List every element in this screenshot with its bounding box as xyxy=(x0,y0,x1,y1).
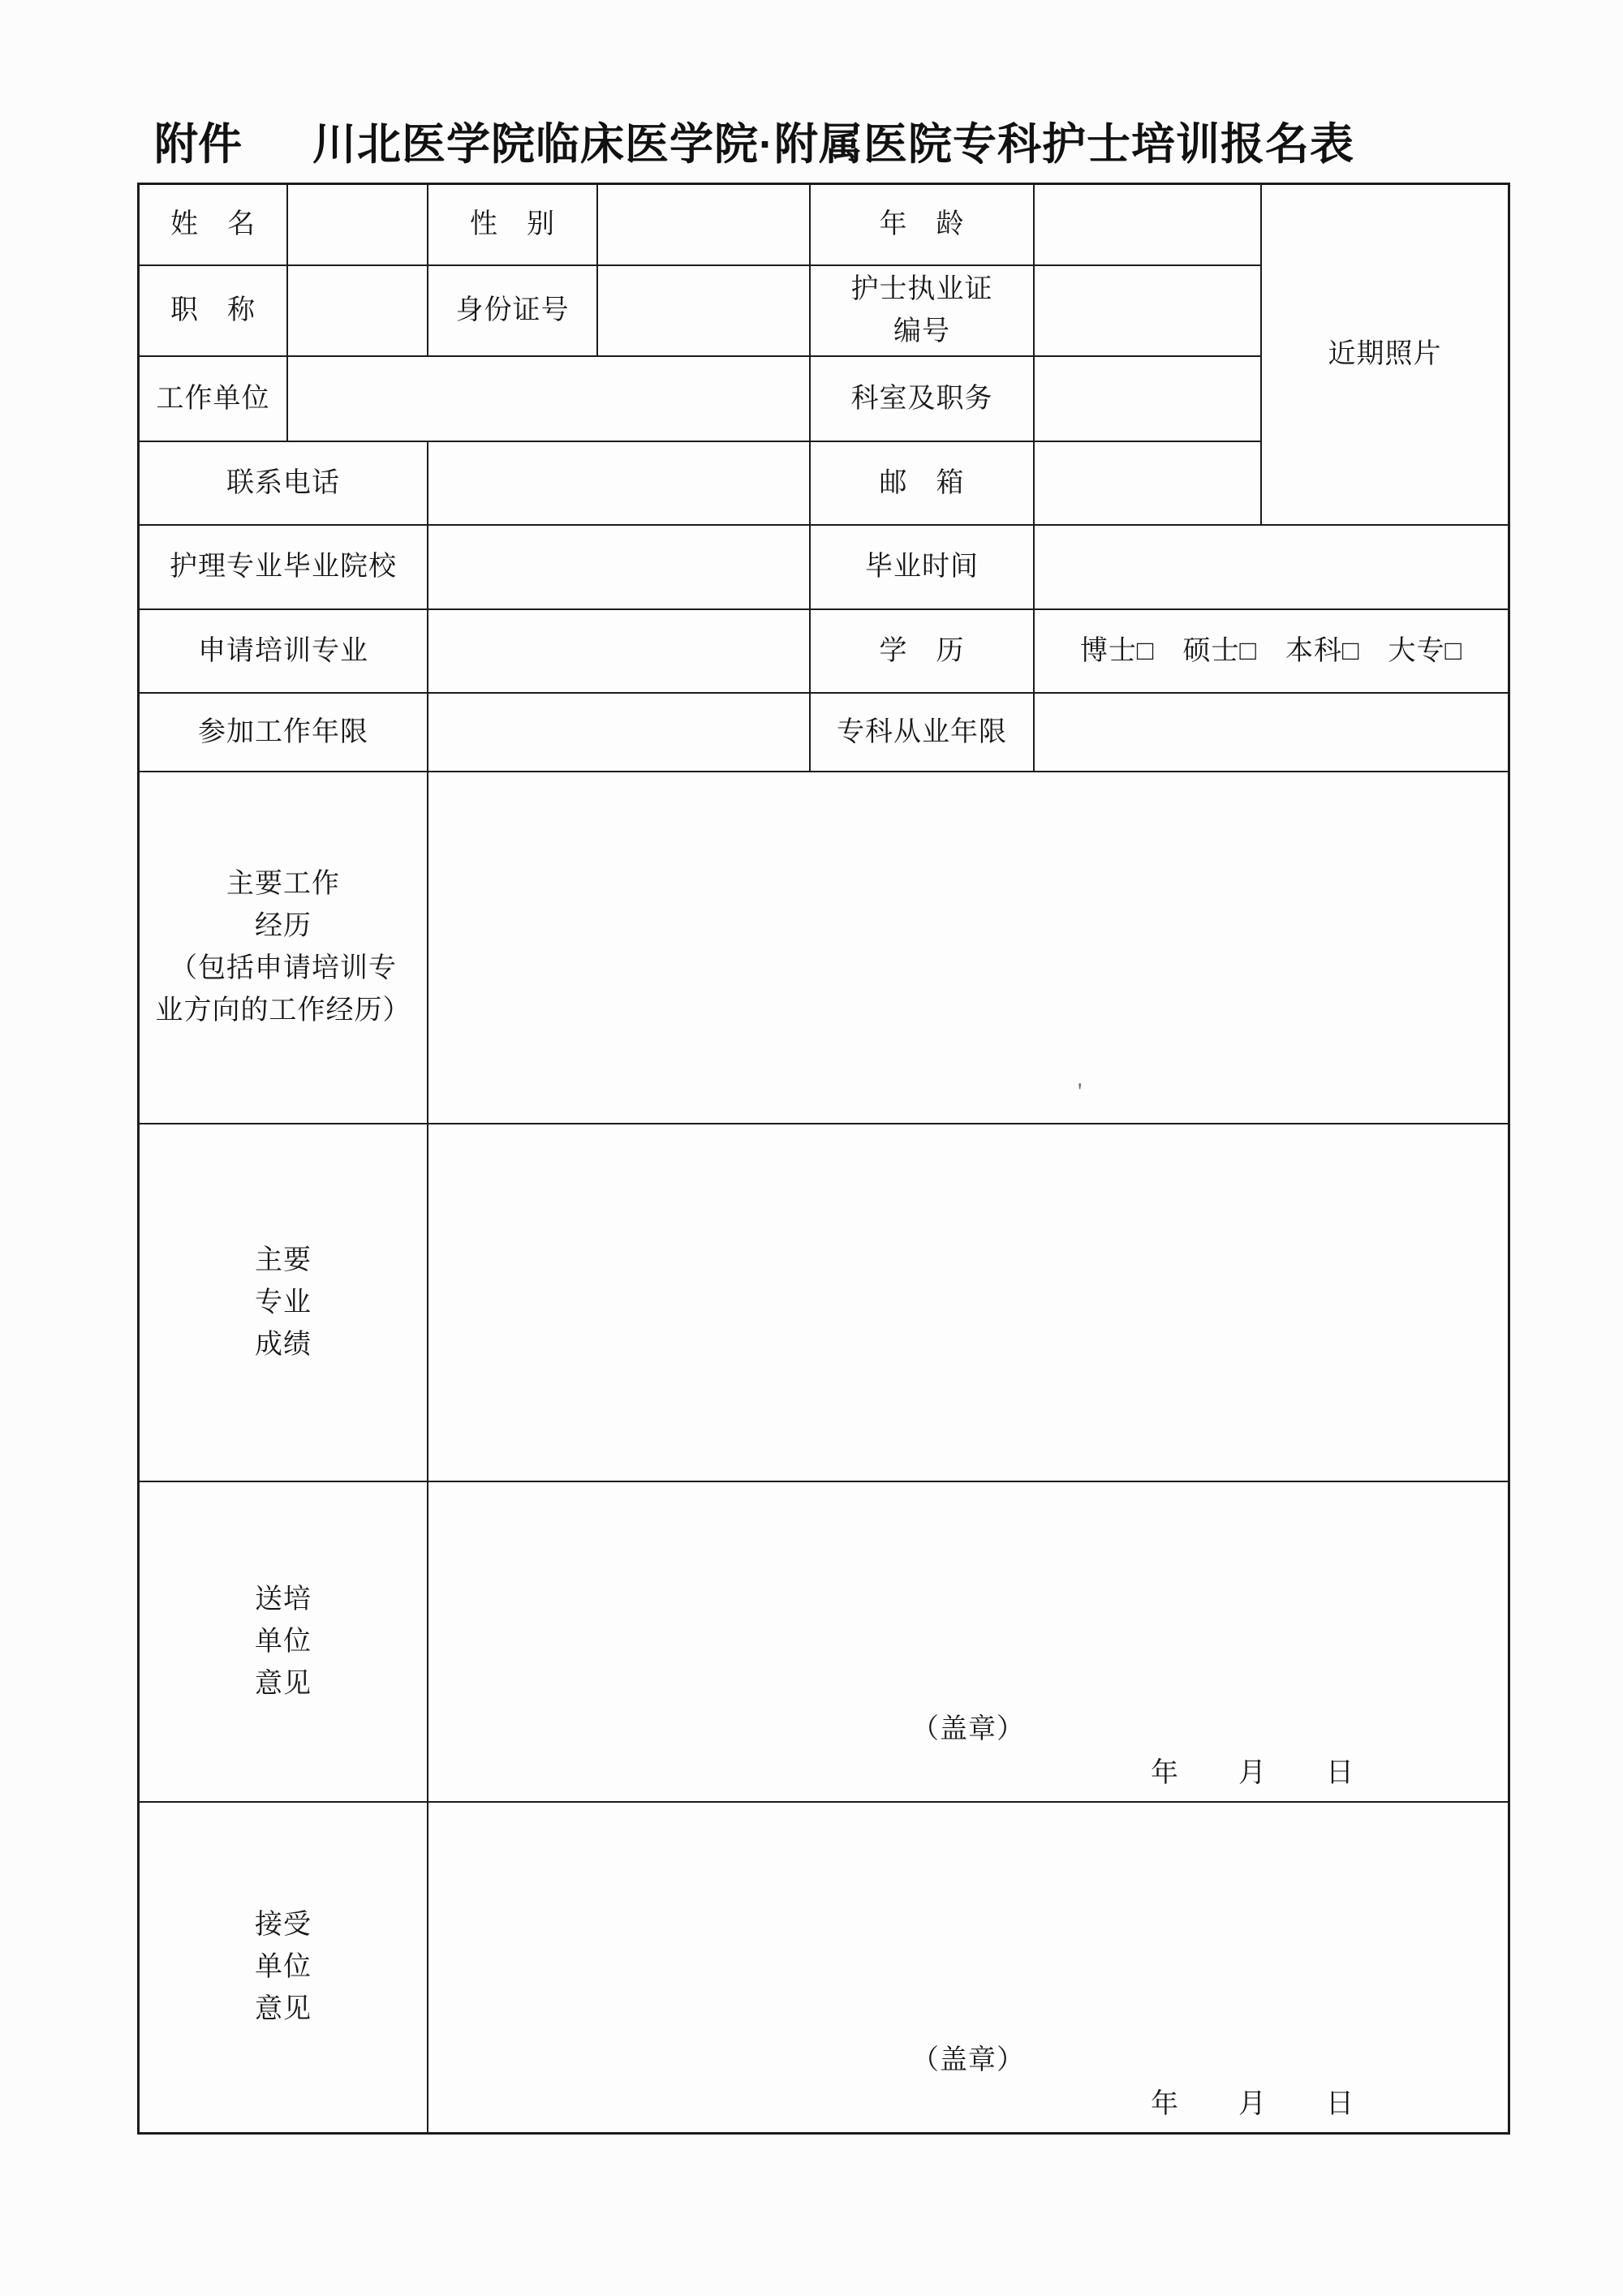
field-label-training-major: 申请培训专业 xyxy=(140,610,428,694)
field-label-education: 学 历 xyxy=(811,610,1035,694)
registration-form-table: 姓 名 性 别 年 龄 近期照片 职 称 身份证号 护士执业证 编号 工作单位 … xyxy=(137,183,1510,2135)
page-title: 川北医学院临床医学院·附属医院专科护士培训报名表 xyxy=(312,120,1354,169)
field-value-employer xyxy=(288,357,811,442)
field-value-work-years xyxy=(428,694,811,772)
field-label-job-title: 职 称 xyxy=(140,266,288,357)
field-value-nurse-license xyxy=(1035,266,1262,357)
field-value-achievements xyxy=(428,1124,1508,1482)
scanned-form-page: { "title": { "attachment_label": "附件", "… xyxy=(0,0,1623,2296)
field-value-email xyxy=(1035,442,1262,526)
field-value-name xyxy=(288,185,428,266)
receiving-unit-date-line: 年 月 日 xyxy=(1151,2083,1355,2126)
photo-box: 近期照片 xyxy=(1262,185,1508,526)
field-label-id-number: 身份证号 xyxy=(428,266,598,357)
field-label-age: 年 龄 xyxy=(811,185,1035,266)
field-label-receiving-unit: 接受 单位 意见 xyxy=(140,1803,428,2132)
field-label-work-experience: 主要工作 经历 （包括申请培训专 业方向的工作经历） xyxy=(140,772,428,1124)
field-label-sending-unit: 送培 单位 意见 xyxy=(140,1482,428,1803)
field-value-training-major xyxy=(428,610,811,694)
field-value-nursing-school xyxy=(428,526,811,610)
field-value-work-experience: ' xyxy=(428,772,1508,1124)
attachment-label: 附件 xyxy=(154,120,242,169)
sending-unit-seal-hint: （盖章） xyxy=(428,1709,1508,1751)
sending-unit-opinion-cell: （盖章） 年 月 日 xyxy=(428,1482,1508,1803)
field-label-employer: 工作单位 xyxy=(140,357,288,442)
sending-unit-date-line: 年 月 日 xyxy=(1151,1752,1355,1795)
field-label-nurse-license: 护士执业证 编号 xyxy=(811,266,1035,357)
field-label-graduation-date: 毕业时间 xyxy=(811,526,1035,610)
field-label-email: 邮 箱 xyxy=(811,442,1035,526)
field-value-department xyxy=(1035,357,1262,442)
field-label-specialty-years: 专科从业年限 xyxy=(811,694,1035,772)
field-label-phone: 联系电话 xyxy=(140,442,428,526)
receiving-unit-opinion-cell: （盖章） 年 月 日 xyxy=(428,1803,1508,2132)
field-value-age xyxy=(1035,185,1262,266)
field-value-phone xyxy=(428,442,811,526)
field-value-gender xyxy=(598,185,811,266)
document-title: 附件 川北医学院临床医学院·附属医院专科护士培训报名表 xyxy=(0,0,1623,187)
education-degree-checkboxes: 博士□ 硕士□ 本科□ 大专□ xyxy=(1035,610,1508,694)
field-label-name: 姓 名 xyxy=(140,185,288,266)
field-value-id-number xyxy=(598,266,811,357)
field-value-specialty-years xyxy=(1035,694,1508,772)
field-label-nursing-school: 护理专业毕业院校 xyxy=(140,526,428,610)
field-label-department: 科室及职务 xyxy=(811,357,1035,442)
field-value-job-title xyxy=(288,266,428,357)
scan-artifact-mark: ' xyxy=(1078,1071,1082,1113)
field-label-achievements: 主要 专业 成绩 xyxy=(140,1124,428,1482)
receiving-unit-seal-hint: （盖章） xyxy=(428,2040,1508,2082)
field-label-gender: 性 别 xyxy=(428,185,598,266)
field-label-work-years: 参加工作年限 xyxy=(140,694,428,772)
field-value-graduation-date xyxy=(1035,526,1508,610)
